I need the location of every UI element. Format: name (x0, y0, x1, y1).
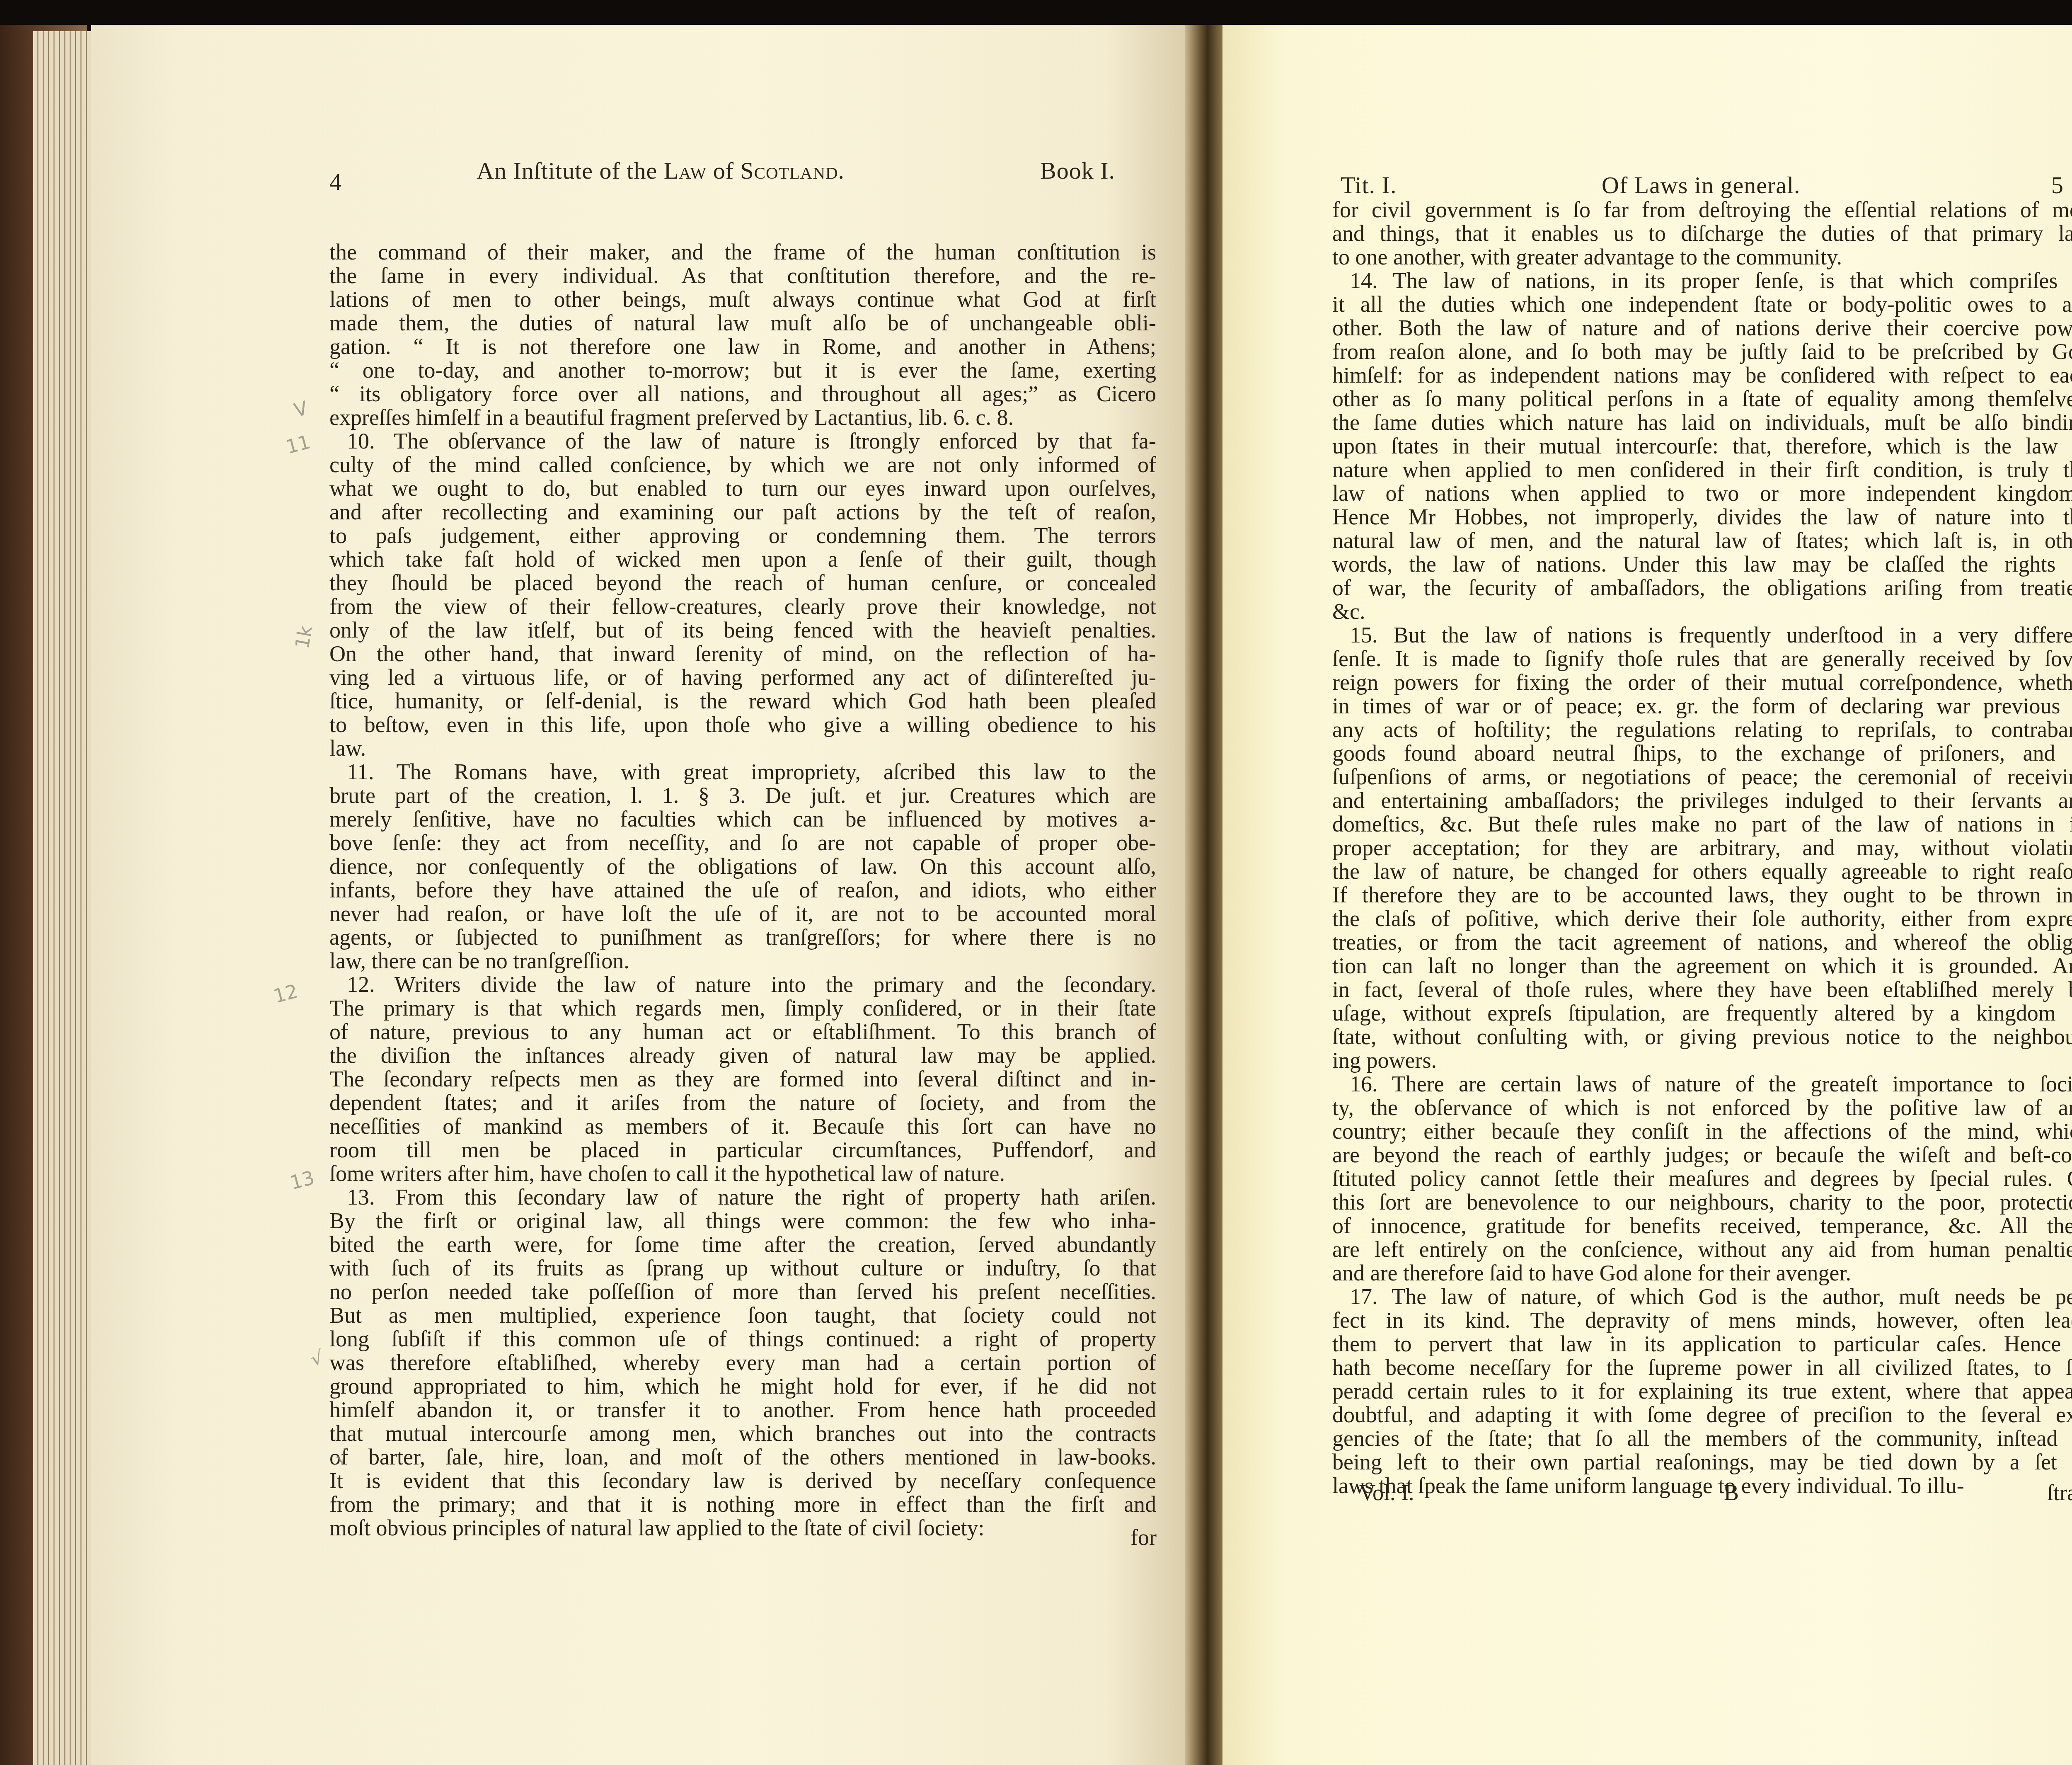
text-line: uſage, without expreſs ſtipulation, are … (1332, 1001, 2072, 1025)
text-line: in times of war or of peace; ex. gr. the… (1332, 694, 2072, 718)
text-line: that mutual intercourſe among men, which… (329, 1422, 1156, 1445)
text-line: ty, the obſervance of which is not enfor… (1332, 1096, 2072, 1120)
text-line: doubtful, and adapting it with ſome degr… (1332, 1403, 2072, 1427)
text-line: other. Both the law of nature and of nat… (1332, 316, 2072, 340)
text-line: The primary is that which regards men, ſ… (329, 996, 1156, 1020)
text-line: words, the law of nations. Under this la… (1332, 553, 2072, 576)
text-line: country; either becauſe they conſiſt in … (1332, 1120, 2072, 1143)
margin-note: 11 (283, 430, 313, 458)
text-line: of barter, ſale, hire, loan, and moſt of… (329, 1445, 1156, 1469)
text-line: it all the duties which one independent … (1332, 293, 2072, 316)
text-line: from the view of their fellow-creatures,… (329, 595, 1156, 618)
text-line: domeſtics, &c. But theſe rules make no p… (1332, 812, 2072, 836)
text-line: other as ſo many political perſons in a … (1332, 387, 2072, 411)
text-line: peradd certain rules to it for explainin… (1332, 1380, 2072, 1403)
text-line: gencies of the ſtate; that ſo all the me… (1332, 1427, 2072, 1450)
text-line: the ſame in every individual. As that co… (329, 264, 1156, 288)
text-line: culty of the mind called conſcience, by … (329, 453, 1156, 477)
left-page-body-text: the command of their maker, and the fram… (329, 240, 1156, 1540)
text-line: The ſecondary reſpects men as they are f… (329, 1067, 1156, 1091)
text-line: 13. From this ſecondary law of nature th… (329, 1186, 1156, 1209)
text-line: of war, the ſecurity of ambaſſadors, the… (1332, 576, 2072, 600)
text-line: what we ought to do, but enabled to turn… (329, 477, 1156, 500)
page-number-left: 4 (329, 168, 342, 196)
text-line: But as men multiplied, experience ſoon t… (329, 1304, 1156, 1327)
margin-note: 1k (291, 624, 317, 650)
text-line: 17. The law of nature, of which God is t… (1332, 1285, 2072, 1309)
running-title-of: of (707, 157, 740, 184)
text-line: the law of nature, be changed for others… (1332, 860, 2072, 883)
text-line: with ſuch of its fruits as ſprang up wit… (329, 1256, 1156, 1280)
text-line: natural law of men, and the natural law … (1332, 529, 2072, 553)
text-line: 10. The obſervance of the law of nature … (329, 429, 1156, 453)
text-line: this ſort are benevolence to our neighbo… (1332, 1190, 2072, 1214)
right-page: Tit. I. Of Laws in general. 5 for civil … (1222, 25, 2072, 1765)
text-line: and after recollecting and examining our… (329, 500, 1156, 524)
text-line: to paſs judgement, either approving or c… (329, 524, 1156, 548)
text-line: brute part of the creation, l. 1. § 3. D… (329, 784, 1156, 807)
text-line: 16. There are certain laws of nature of … (1332, 1072, 2072, 1096)
text-line: in fact, ſeveral of thoſe rules, where t… (1332, 978, 2072, 1001)
text-line: proper acceptation; for they are arbitra… (1332, 836, 2072, 860)
right-page-body-text: for civil government is ſo far from deſt… (1332, 198, 2072, 1498)
text-line: the claſs of poſitive, which derive thei… (1332, 907, 2072, 931)
text-line: only of the law itſelf, but of its being… (329, 618, 1156, 642)
text-line: from reaſon alone, and ſo both may be ju… (1332, 340, 2072, 364)
text-line: room till men be placed in particular ci… (329, 1138, 1156, 1162)
margin-note: √ (308, 1346, 326, 1371)
text-line: the command of their maker, and the fram… (329, 240, 1156, 264)
text-line: being left to their own partial reaſonin… (1332, 1450, 2072, 1474)
text-line: gation. “ It is not therefore one law in… (329, 335, 1156, 359)
text-line: 12. Writers divide the law of nature int… (329, 973, 1156, 996)
text-line: to one another, with greater advantage t… (1332, 245, 2072, 269)
margin-note: V (292, 397, 310, 422)
catchword-right: ſtrate (2047, 1480, 2072, 1506)
text-line: and entertaining ambaſſadors; the privil… (1332, 789, 2072, 812)
text-line: expreſſes himſelf in a beautiful fragmen… (329, 406, 1156, 429)
text-line: moſt obvious principles of natural law a… (329, 1516, 1156, 1540)
title-label: Tit. I. (1341, 171, 1397, 199)
text-line: laws that ſpeak the ſame uniform languag… (1332, 1474, 2072, 1498)
text-line: they ſhould be placed beyond the reach o… (329, 571, 1156, 595)
text-line: agents, or ſubjected to puniſhment as tr… (329, 926, 1156, 949)
text-line: was therefore eſtabliſhed, whereby every… (329, 1351, 1156, 1375)
text-line: to beſtow, even in this life, upon thoſe… (329, 713, 1156, 737)
text-line: ground appropriated to him, which he mig… (329, 1375, 1156, 1398)
text-line: ſenſe. It is made to ſignify thoſe rules… (1332, 647, 2072, 671)
text-line: never had reaſon, or have loſt the uſe o… (329, 902, 1156, 926)
text-line: “ one to-day, and another to-morrow; but… (329, 359, 1156, 382)
running-title-law: Law (664, 157, 707, 184)
text-line: and things, that it enables us to diſcha… (1332, 222, 2072, 245)
text-line: neceſſities of mankind as members of it.… (329, 1115, 1156, 1138)
text-line: merely ſenſitive, have no faculties whic… (329, 807, 1156, 831)
text-line: treaties, or from the tacit agreement of… (1332, 931, 2072, 954)
text-line: nature when applied to men conſidered in… (1332, 458, 2072, 482)
running-title-left: An Inſtitute of the Law of Scotland. (477, 157, 845, 184)
text-line: himſelf: for as independent nations may … (1332, 364, 2072, 387)
text-line: reign powers for fixing the order of the… (1332, 671, 2072, 694)
text-line: bited the earth were, for ſome time afte… (329, 1233, 1156, 1256)
text-line: tion can laſt no longer than the agreeme… (1332, 954, 2072, 978)
text-line: ving led a virtuous life, or of having p… (329, 666, 1156, 689)
text-line: bove ſenſe: they act from neceſſity, and… (329, 831, 1156, 855)
margin-note: 12 (271, 979, 300, 1007)
page-number-right: 5 (2051, 171, 2064, 199)
text-line: 14. The law of nations, in its proper ſe… (1332, 269, 2072, 293)
text-line: On the other hand, that inward ſerenity … (329, 642, 1156, 666)
book-label: Book I. (1040, 157, 1115, 184)
text-line: long ſubſiſt if this common uſe of thing… (329, 1327, 1156, 1351)
text-line: law of nations when applied to two or mo… (1332, 482, 2072, 505)
book-gutter (1185, 25, 1222, 1765)
text-line: for civil government is ſo far from deſt… (1332, 198, 2072, 222)
text-line: dependent ſtates; and it ariſes from the… (329, 1091, 1156, 1115)
text-line: no perſon needed take poſſeſſion of more… (329, 1280, 1156, 1304)
text-line: goods found aboard neutral ſhips, to the… (1332, 742, 2072, 765)
left-page: 4 An Inſtitute of the Law of Scotland. B… (91, 25, 1193, 1765)
text-line: from the primary; and that it is nothing… (329, 1493, 1156, 1516)
page-stack-edges (33, 31, 99, 1765)
text-line: If therefore they are to be accounted la… (1332, 883, 2072, 907)
text-line: ſome writers after him, have choſen to c… (329, 1162, 1156, 1186)
running-title-text: An Inſtitute of the (477, 157, 664, 184)
text-line: It is evident that this ſecondary law is… (329, 1469, 1156, 1493)
text-line: ſtituted policy cannot ſettle their meaſ… (1332, 1167, 2072, 1190)
text-line: made them, the duties of natural law muſ… (329, 311, 1156, 335)
text-line: 15. But the law of nations is frequently… (1332, 623, 2072, 647)
text-line: infants, before they have attained the u… (329, 878, 1156, 902)
text-line: ſuſpenſions of arms, or negotiations of … (1332, 765, 2072, 789)
text-line: the diviſion the inſtances already given… (329, 1044, 1156, 1067)
running-title-right: Of Laws in general. (1602, 171, 1801, 199)
text-line: fect in its kind. The depravity of mens … (1332, 1309, 2072, 1332)
text-line: ſtice, humanity, or ſelf-denial, is the … (329, 689, 1156, 713)
text-line: ſtate, without conſulting with, or givin… (1332, 1025, 2072, 1049)
text-line: Hence Mr Hobbes, not improperly, divides… (1332, 505, 2072, 529)
text-line: upon ſtates in their mutual intercourſe:… (1332, 434, 2072, 458)
text-line: By the firſt or original law, all things… (329, 1209, 1156, 1233)
text-line: “ its obligatory force over all nations,… (329, 382, 1156, 406)
text-line: ing powers. (1332, 1049, 2072, 1072)
text-line: dience, nor conſequently of the obligati… (329, 855, 1156, 878)
text-line: them to pervert that law in its applicat… (1332, 1332, 2072, 1356)
margin-note: 13 (288, 1166, 317, 1194)
text-line: &c. (1332, 600, 2072, 623)
text-line: of innocence, gratitude for benefits rec… (1332, 1214, 2072, 1238)
text-line: the ſame duties which nature has laid on… (1332, 411, 2072, 434)
text-line: himſelf abandon it, or transfer it to an… (329, 1398, 1156, 1422)
text-line: which take faſt hold of wicked men upon … (329, 548, 1156, 571)
running-title-end: . (838, 157, 845, 184)
volume-signature: Vol. I. (1359, 1480, 1414, 1506)
text-line: any acts of hoſtility; the regulations r… (1332, 718, 2072, 742)
catchword-left: for (1130, 1525, 1157, 1550)
text-line: are beyond the reach of earthly judges; … (1332, 1143, 2072, 1167)
text-line: and are therefore ſaid to have God alone… (1332, 1261, 2072, 1285)
text-line: are left entirely on the conſcience, wit… (1332, 1238, 2072, 1261)
gathering-signature-mark: B (1724, 1480, 1739, 1506)
running-title-scotland: Scotland (740, 157, 838, 184)
text-line: law. (329, 737, 1156, 760)
text-line: lations of men to other beings, muſt alw… (329, 288, 1156, 311)
text-line: of nature, previous to any human act or … (329, 1020, 1156, 1044)
text-line: hath become neceſſary for the ſupreme po… (1332, 1356, 2072, 1380)
text-line: 11. The Romans have, with great impropri… (329, 760, 1156, 784)
text-line: law, there can be no tranſgreſſion. (329, 949, 1156, 973)
